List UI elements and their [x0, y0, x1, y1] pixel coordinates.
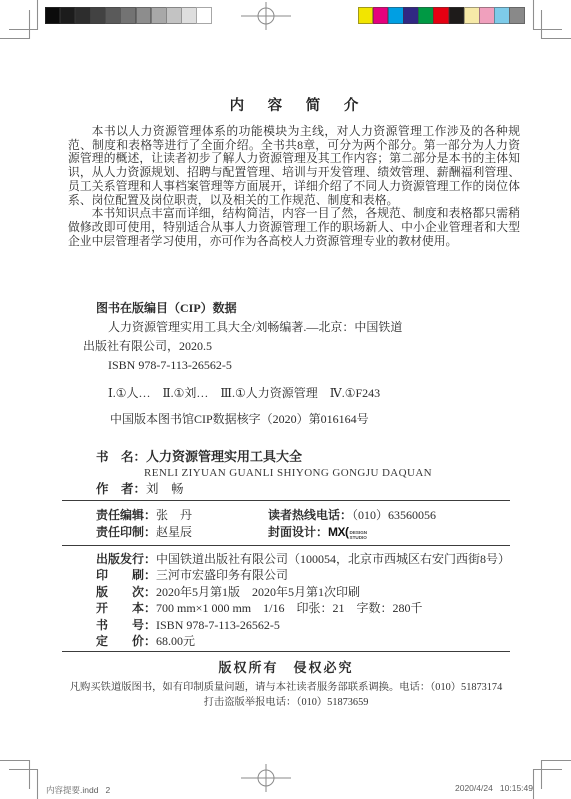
copyright-notice: 版权所有 侵权必究: [62, 657, 510, 676]
publishing-info-section: 出版发行：中国铁道出版社有限公司（100054，北京市西城区右安门西街8号） 印…: [96, 551, 516, 649]
calibration-swatch: [388, 7, 404, 24]
cip-heading: 图书在版编目（CIP）数据: [96, 299, 515, 318]
responsible-editor-value: 张 丹: [156, 508, 192, 522]
registration-crosshair-icon: [241, 2, 291, 30]
calibration-swatch: [494, 7, 510, 24]
content-summary-section: 内 容 简 介 本书以人力资源管理体系的功能模块为主线，对人力资源管理工作涉及的…: [68, 94, 520, 248]
responsible-editor: 责任编辑：张 丹: [96, 507, 268, 524]
book-title-label: 书 名：: [96, 450, 146, 464]
print-supervisor-label: 责任印制：: [96, 525, 156, 539]
reader-hotline-value: （010）63560056: [352, 508, 436, 522]
footer-timestamp: 2020/4/24 10:15:49: [455, 783, 533, 793]
footer-filename: 内容提要.indd 2: [46, 784, 110, 796]
crop-mark-top-right: [526, 0, 571, 45]
calibration-swatch: [166, 7, 182, 24]
print-supervisor: 责任印制：赵星辰: [96, 524, 268, 541]
publishing-row-isbn: 书 号：ISBN 978-7-113-26562-5: [96, 617, 516, 633]
calibration-swatch: [449, 7, 465, 24]
book-title-pinyin: RENLI ZIYUAN GUANLI SHIYONG GONGJU DAQUA…: [144, 465, 432, 481]
crop-mark-bottom-left: [0, 754, 45, 799]
calibration-swatch: [136, 7, 152, 24]
book-author-label: 作 者：: [96, 482, 146, 496]
cip-record-number: 中国版本图书馆CIP数据核字（2020）第016164号: [110, 410, 515, 429]
divider-line: [62, 500, 510, 501]
grayscale-calibration-bar: [45, 7, 212, 24]
cip-classification: Ⅰ.①人… Ⅱ.①刘… Ⅲ.①人力资源管理 Ⅳ.①F243: [108, 384, 515, 403]
calibration-swatch: [120, 7, 136, 24]
summary-paragraph-2: 本书知识点丰富而详细，结构简洁，内容一目了然，各规范、制度和表格都只需稍做修改即…: [68, 207, 520, 248]
calibration-swatch: [373, 7, 389, 24]
cover-design: 封面设计：MX(DESIGNSTUDIO: [268, 524, 367, 541]
staff-section: 责任编辑：张 丹 读者热线电话：（010）63560056 责任印制：赵星辰 封…: [96, 507, 510, 541]
calibration-swatch: [151, 7, 167, 24]
calibration-swatch: [75, 7, 91, 24]
reader-hotline-label: 读者热线电话：: [268, 508, 352, 522]
copyright-service-line: 凡购买铁道版图书，如有印制质量问题，请与本社读者服务部联系调换。电话：（010）…: [62, 681, 510, 696]
calibration-swatch: [464, 7, 480, 24]
calibration-swatch: [105, 7, 121, 24]
responsible-editor-label: 责任编辑：: [96, 508, 156, 522]
mx-logo-text: MX(: [328, 525, 349, 539]
calibration-swatch: [403, 7, 419, 24]
mx-logo-subtext: DESIGNSTUDIO: [350, 530, 368, 540]
calibration-swatch: [358, 7, 374, 24]
book-info-section: 书 名：人力资源管理实用工具大全 RENLI ZIYUAN GUANLI SHI…: [96, 449, 432, 497]
calibration-swatch: [509, 7, 525, 24]
reader-hotline: 读者热线电话：（010）63560056: [268, 507, 436, 524]
staff-row: 责任编辑：张 丹 读者热线电话：（010）63560056: [96, 507, 510, 524]
calibration-swatch: [479, 7, 495, 24]
divider-line: [62, 545, 510, 546]
mx-design-studio-logo: MX(DESIGNSTUDIO: [328, 525, 367, 539]
divider-line: [62, 651, 510, 652]
book-title-row: 书 名：人力资源管理实用工具大全: [96, 449, 432, 465]
book-title-value: 人力资源管理实用工具大全: [146, 449, 302, 464]
calibration-swatch: [418, 7, 434, 24]
print-supervisor-value: 赵星辰: [156, 525, 192, 539]
publishing-row-price: 定 价：68.00元: [96, 633, 516, 649]
book-author-row: 作 者：刘 畅: [96, 481, 432, 497]
cover-design-label: 封面设计：: [268, 525, 328, 539]
cip-entry-line1: 人力资源管理实用工具大全/刘畅编著.—北京：中国铁道: [108, 318, 515, 337]
calibration-swatch: [181, 7, 197, 24]
calibration-swatch: [90, 7, 106, 24]
publishing-row-format: 开 本：700 mm×1 000 mm 1/16 印张：21 字数：280千: [96, 600, 516, 616]
book-copyright-page: 内 容 简 介 本书以人力资源管理体系的功能模块为主线，对人力资源管理工作涉及的…: [0, 0, 571, 799]
publishing-row-edition: 版 次：2020年5月第1版 2020年5月第1次印刷: [96, 584, 516, 600]
copyright-piracy-line: 打击盗版举报电话：（010）51873659: [62, 696, 510, 711]
staff-row: 责任印制：赵星辰 封面设计：MX(DESIGNSTUDIO: [96, 524, 510, 541]
calibration-swatch: [196, 7, 212, 24]
cip-isbn: ISBN 978-7-113-26562-5: [108, 356, 515, 375]
publishing-row-printer: 印 刷：三河市宏盛印务有限公司: [96, 567, 516, 583]
publishing-row-publisher: 出版发行：中国铁道出版社有限公司（100054，北京市西城区右安门西街8号）: [96, 551, 516, 567]
calibration-swatch: [433, 7, 449, 24]
registration-crosshair-icon: [241, 764, 291, 792]
cip-entry-line2: 出版社有限公司，2020.5: [83, 337, 515, 356]
color-calibration-bar: [358, 7, 525, 24]
calibration-swatch: [45, 7, 61, 24]
summary-title: 内 容 简 介: [68, 94, 520, 115]
crop-mark-top-left: [0, 0, 45, 45]
calibration-swatch: [60, 7, 76, 24]
cip-data-section: 图书在版编目（CIP）数据 人力资源管理实用工具大全/刘畅编著.—北京：中国铁道…: [83, 299, 515, 429]
copyright-section: 版权所有 侵权必究 凡购买铁道版图书，如有印制质量问题，请与本社读者服务部联系调…: [62, 657, 510, 710]
summary-paragraph-1: 本书以人力资源管理体系的功能模块为主线，对人力资源管理工作涉及的各种规范、制度和…: [68, 125, 520, 207]
book-author-value: 刘 畅: [146, 482, 184, 496]
